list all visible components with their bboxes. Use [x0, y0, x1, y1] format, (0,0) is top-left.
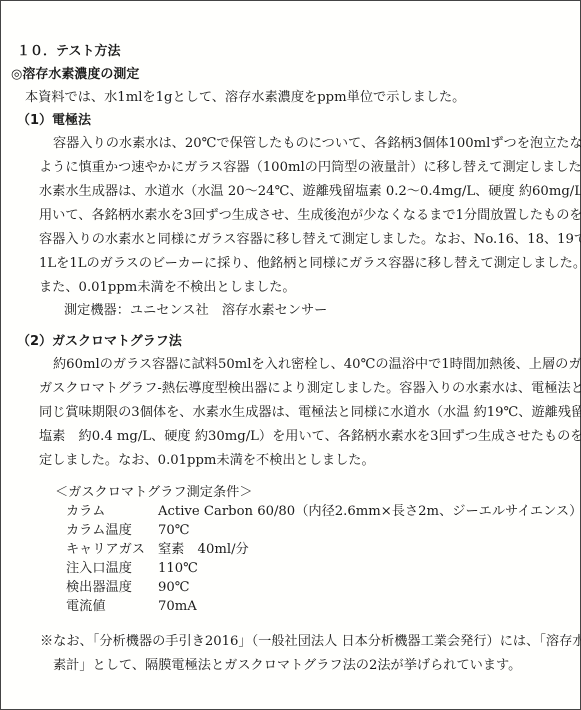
condition-label: 検出器温度 [66, 579, 132, 597]
electrode-line: 容器入りの水素水は、20℃で保管したものについて、各銘柄3個体100mlずつを泡… [53, 135, 581, 153]
electrode-line: 容器入りの水素水と同様にガラス容器に移し替えて測定しました。なお、No.16、1… [39, 231, 581, 249]
condition-value: 窒素 40ml/分 [158, 541, 249, 559]
condition-value: Active Carbon 60/80（内径2.6mm×長さ2m、ジーエルサイエ… [158, 503, 581, 521]
gc-heading: （2）ガスクロマトグラフ法 [17, 333, 182, 351]
electrode-line: 用いて、各銘柄水素水を3回ずつ生成させ、生成後泡が少なくなるまで1分間放置したも… [39, 207, 581, 225]
condition-label: 注入口温度 [66, 560, 132, 578]
gc-line: 同じ賞味期限の3個体を、水素水生成器は、電極法と同様に水道水（水温 約19℃、遊… [39, 404, 581, 422]
electrode-instrument: 測定機器：ユニセンス社 溶存水素センサー [64, 302, 327, 320]
gc-line: 塩素 約0.4 mg/L、硬度 約30mg/L）を用いて、各銘柄水素水を3回ずつ… [39, 428, 581, 446]
condition-label: カラム [66, 503, 105, 521]
condition-label: 電流値 [66, 598, 106, 616]
electrode-heading: （1）電極法 [17, 112, 91, 130]
gc-line: 約60mlのガラス容器に試料50mlを入れ密栓し、40℃の温浴中で1時間加熱後、… [53, 356, 581, 374]
note-line: ※なお、「分析機器の手引き2016」（一般社団法人 日本分析機器工業会発行）には… [40, 633, 581, 651]
section-subtitle: ◎溶存水素濃度の測定 [11, 66, 139, 84]
condition-value: 70℃ [158, 522, 190, 540]
gc-line: 定しました。なお、0.01ppm未満を不検出としました。 [39, 452, 375, 470]
note-line: 素計」として、隔膜電極法とガスクロマトグラフ法の2法が挙げられています。 [53, 657, 521, 675]
condition-value: 70mA [158, 598, 197, 616]
gc-conditions-title: ＜ガスクロマトグラフ測定条件＞ [55, 484, 253, 502]
condition-value: 110℃ [158, 560, 198, 578]
condition-label: カラム温度 [66, 522, 132, 540]
electrode-line: また、0.01ppm未満を不検出としました。 [39, 279, 296, 297]
electrode-line: 水素水生成器は、水道水（水温 20～24℃、遊離残留塩素 0.2～0.4mg/L… [39, 183, 581, 201]
electrode-line: ように慎重かつ速やかにガラス容器（100mlの円筒型の液量計）に移し替えて測定し… [39, 159, 581, 177]
electrode-line: 1Lを1Lのガラスのビーカーに採り、他銘柄と同様にガラス容器に移し替えて測定しま… [39, 255, 581, 273]
condition-value: 90℃ [158, 579, 190, 597]
gc-line: ガスクロマトグラフ-熱伝導度型検出器により測定しました。容器入りの水素水は、電極… [39, 380, 581, 398]
document-page: １０．テスト方法 ◎溶存水素濃度の測定 本資料では、水1mlを1gとして、溶存水… [0, 0, 581, 710]
condition-label: キャリアガス [66, 541, 145, 559]
section-title: １０．テスト方法 [17, 43, 120, 61]
intro-text: 本資料では、水1mlを1gとして、溶存水素濃度をppm単位で示しました。 [25, 89, 465, 107]
